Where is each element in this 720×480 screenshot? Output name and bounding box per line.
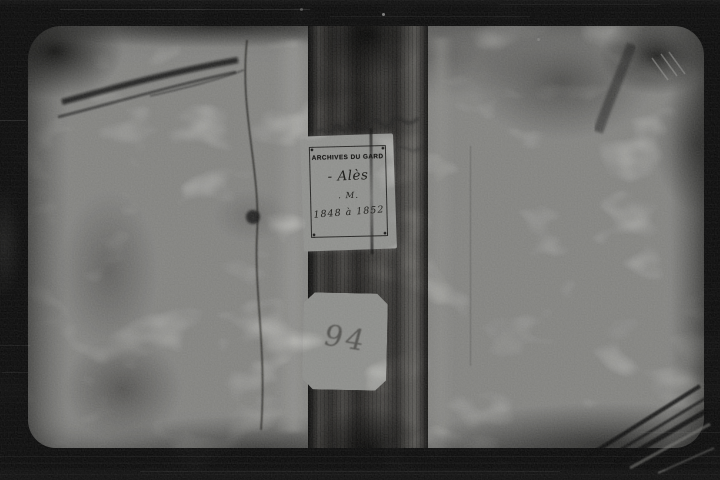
handwritten-place: - Alès <box>327 169 368 184</box>
right-hinge-highlight <box>428 38 454 434</box>
scratch-line <box>2 372 28 373</box>
scratch-line <box>0 345 30 346</box>
board-crease-line <box>470 146 471 366</box>
scratch-line <box>60 9 310 10</box>
dust-speck <box>537 38 540 41</box>
handwritten-years: 1848 à 1852 <box>313 205 385 220</box>
scratch-line <box>0 456 720 457</box>
dust-speck <box>300 8 303 11</box>
frame-smudge <box>0 188 22 300</box>
shelf-number-label: 94 <box>302 292 388 391</box>
scratch-line <box>0 120 26 121</box>
archive-label: ARCHIVES DU GARD - Alès . M. 1848 à 1852 <box>300 133 397 251</box>
scratch-line <box>640 432 720 433</box>
scratch-line <box>140 471 560 472</box>
scratch-line <box>500 4 660 5</box>
shelf-number: 94 <box>320 321 370 356</box>
handwritten-series: . M. <box>338 191 359 200</box>
archive-label-frame: ARCHIVES DU GARD - Alès . M. 1848 à 1852 <box>309 145 388 238</box>
dust-speck <box>382 13 385 16</box>
scratch-line <box>0 463 720 464</box>
scratch-line <box>330 16 530 17</box>
register-cover-photo: ARCHIVES DU GARD - Alès . M. 1848 à 1852… <box>0 0 720 480</box>
archive-label-header: ARCHIVES DU GARD <box>312 153 384 162</box>
